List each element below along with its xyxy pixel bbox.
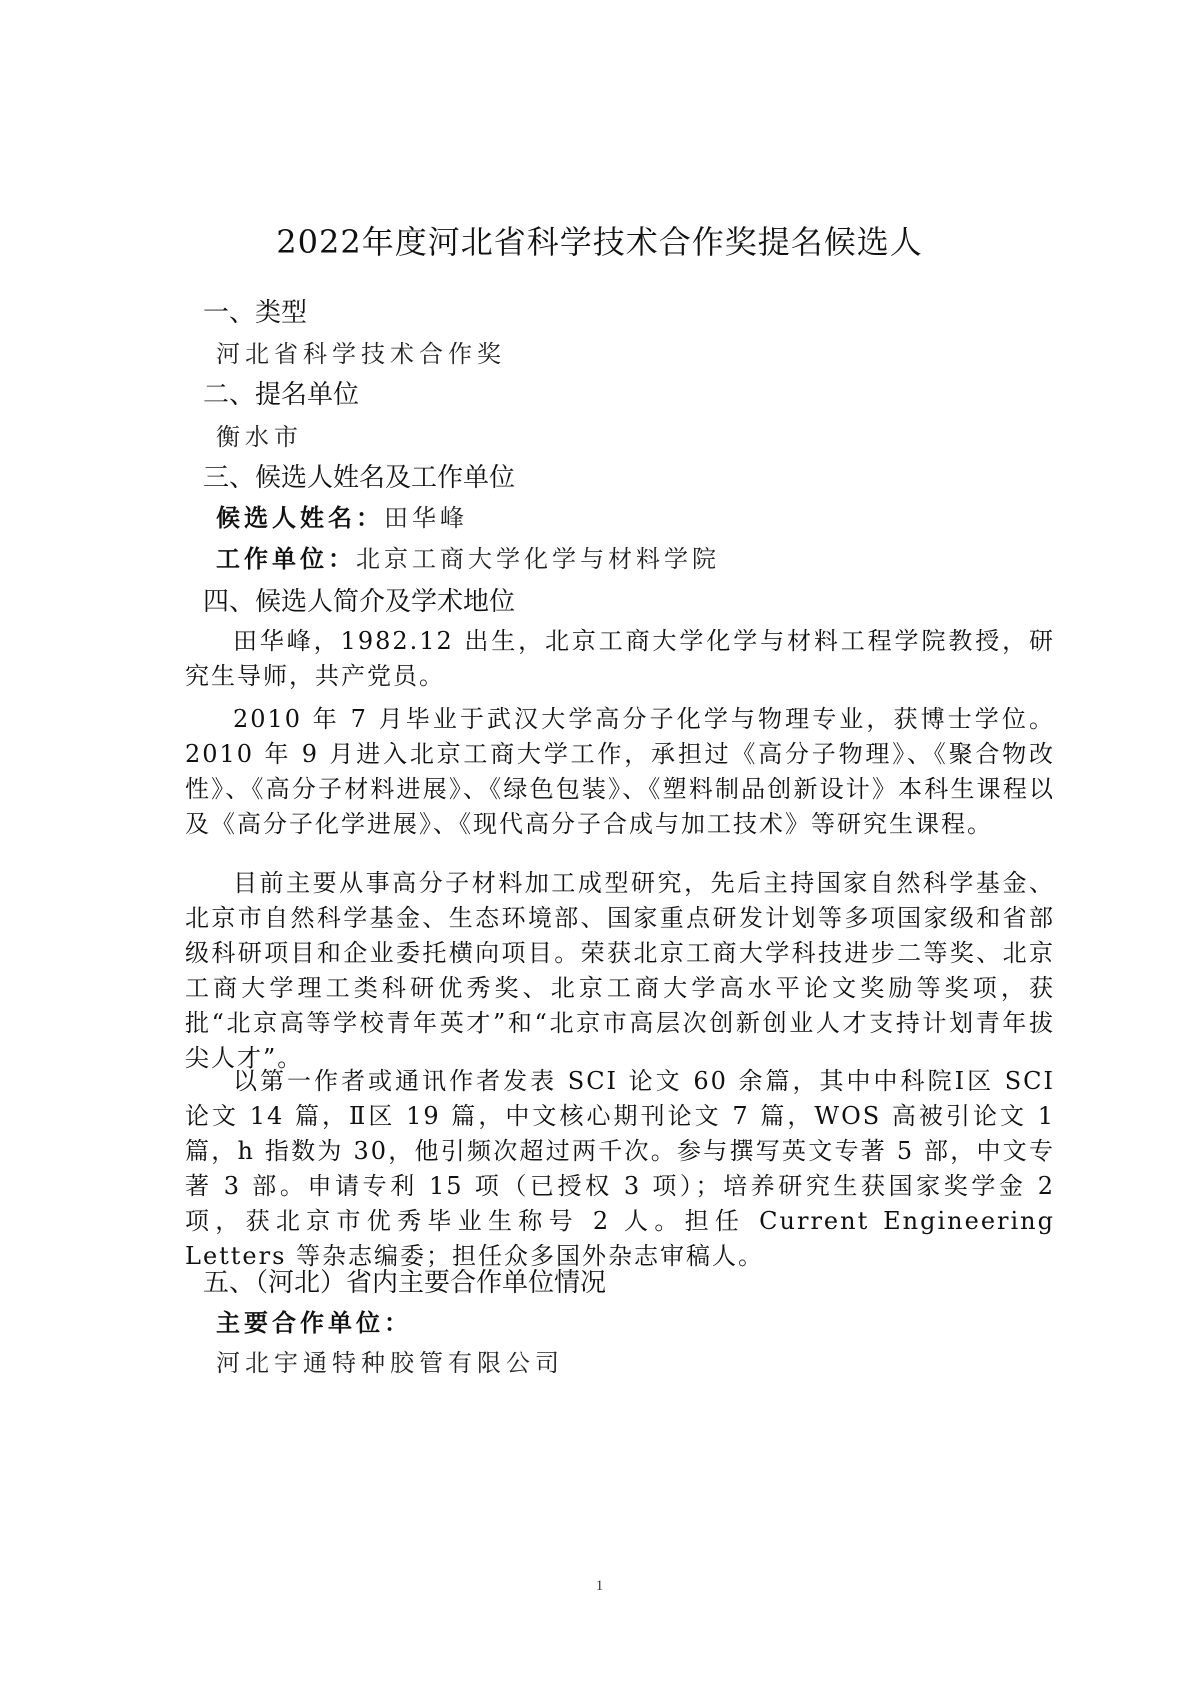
profile-paragraph-1: 田华峰，1982.12 出生，北京工商大学化学与材料工程学院教授，研究生导师，共… (185, 624, 1055, 694)
partner-field: 主要合作单位： (216, 1307, 412, 1339)
candidate-name-value: 田华峰 (384, 504, 468, 532)
section-heading-nominator: 二、提名单位 (203, 378, 359, 412)
award-type-value: 河北省科学技术合作奖 (216, 338, 506, 370)
page-number: 1 (0, 1578, 1199, 1595)
candidate-name-label: 候选人姓名： (216, 504, 384, 532)
profile-paragraph-4: 以第一作者或通讯作者发表 SCI 论文 60 余篇，其中中科院Ⅰ区 SCI 论文… (185, 1064, 1055, 1274)
section-heading-partner: 五、（河北）省内主要合作单位情况 (203, 1266, 606, 1300)
document-title: 2022年度河北省科学技术合作奖提名候选人 (0, 222, 1199, 262)
work-unit-value: 北京工商大学化学与材料学院 (356, 545, 720, 573)
candidate-name-field: 候选人姓名：田华峰 (216, 502, 468, 534)
partner-label: 主要合作单位： (216, 1309, 412, 1337)
section-heading-candidate: 三、候选人姓名及工作单位 (203, 461, 515, 495)
profile-paragraph-2: 2010 年 7 月毕业于武汉大学高分子化学与物理专业，获博士学位。2010 年… (185, 702, 1055, 842)
work-unit-label: 工作单位： (216, 545, 356, 573)
document-page: 2022年度河北省科学技术合作奖提名候选人 一、类型 河北省科学技术合作奖 二、… (0, 0, 1199, 1696)
section-heading-type: 一、类型 (203, 296, 307, 330)
section-heading-profile: 四、候选人简介及学术地位 (203, 585, 515, 619)
work-unit-field: 工作单位：北京工商大学化学与材料学院 (216, 543, 720, 575)
partner-value: 河北宇通特种胶管有限公司 (216, 1347, 564, 1379)
profile-paragraph-3: 目前主要从事高分子材料加工成型研究，先后主持国家自然科学基金、北京市自然科学基金… (185, 866, 1055, 1076)
nominator-value: 衡水市 (216, 421, 303, 453)
